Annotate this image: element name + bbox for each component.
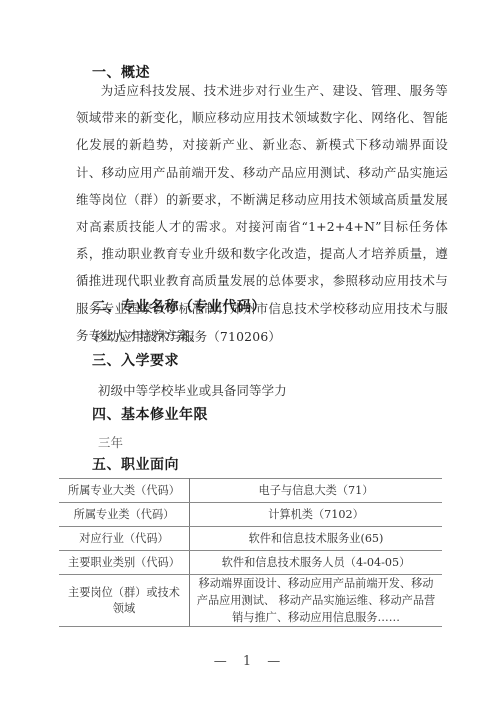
page-number: — 1 —	[0, 654, 500, 669]
admission-requirement: 初级中等学校毕业或具备同等学力	[98, 381, 287, 399]
occupation-table: 所属专业大类（代码） 电子与信息大类（71） 所属专业类（代码） 计算机类（71…	[59, 478, 442, 627]
row-label: 主要职业类别（代码）	[59, 551, 190, 575]
row-label: 所属专业类（代码）	[59, 503, 190, 527]
duration-value: 三年	[98, 433, 123, 451]
row-label: 所属专业大类（代码）	[59, 479, 190, 503]
table-row: 所属专业大类（代码） 电子与信息大类（71）	[59, 479, 442, 503]
document-page: 一、概述 为适应科技发展、技术进步对行业生产、建设、管理、服务等领域带来的新变化…	[0, 0, 500, 707]
table-row: 主要岗位（群）或技术领域 移动端界面设计、移动应用产品前端开发、移动产品应用测试…	[59, 575, 442, 627]
section-heading-admission: 三、入学要求	[92, 350, 179, 370]
section-heading-duration: 四、基本修业年限	[92, 404, 208, 424]
table-row: 对应行业（代码） 软件和信息技术服务业(65)	[59, 527, 442, 551]
section-heading-career: 五、职业面向	[92, 454, 179, 474]
row-value: 电子与信息大类（71）	[190, 479, 443, 503]
table-row: 主要职业类别（代码） 软件和信息技术服务人员（4-04-05）	[59, 551, 442, 575]
row-value: 移动端界面设计、移动应用产品前端开发、移动产品应用测试、 移动产品实施运维、移动…	[190, 575, 443, 627]
row-label: 主要岗位（群）或技术领域	[59, 575, 190, 627]
row-value: 计算机类（7102）	[190, 503, 443, 527]
section-heading-major-name: 二、专业名称（专业代码）	[92, 296, 266, 316]
table-row: 所属专业类（代码） 计算机类（7102）	[59, 503, 442, 527]
row-value: 软件和信息技术服务业(65)	[190, 527, 443, 551]
row-value: 软件和信息技术服务人员（4-04-05）	[190, 551, 443, 575]
major-name-value: 移动应用技术与服务（710206）	[94, 327, 281, 345]
row-label: 对应行业（代码）	[59, 527, 190, 551]
